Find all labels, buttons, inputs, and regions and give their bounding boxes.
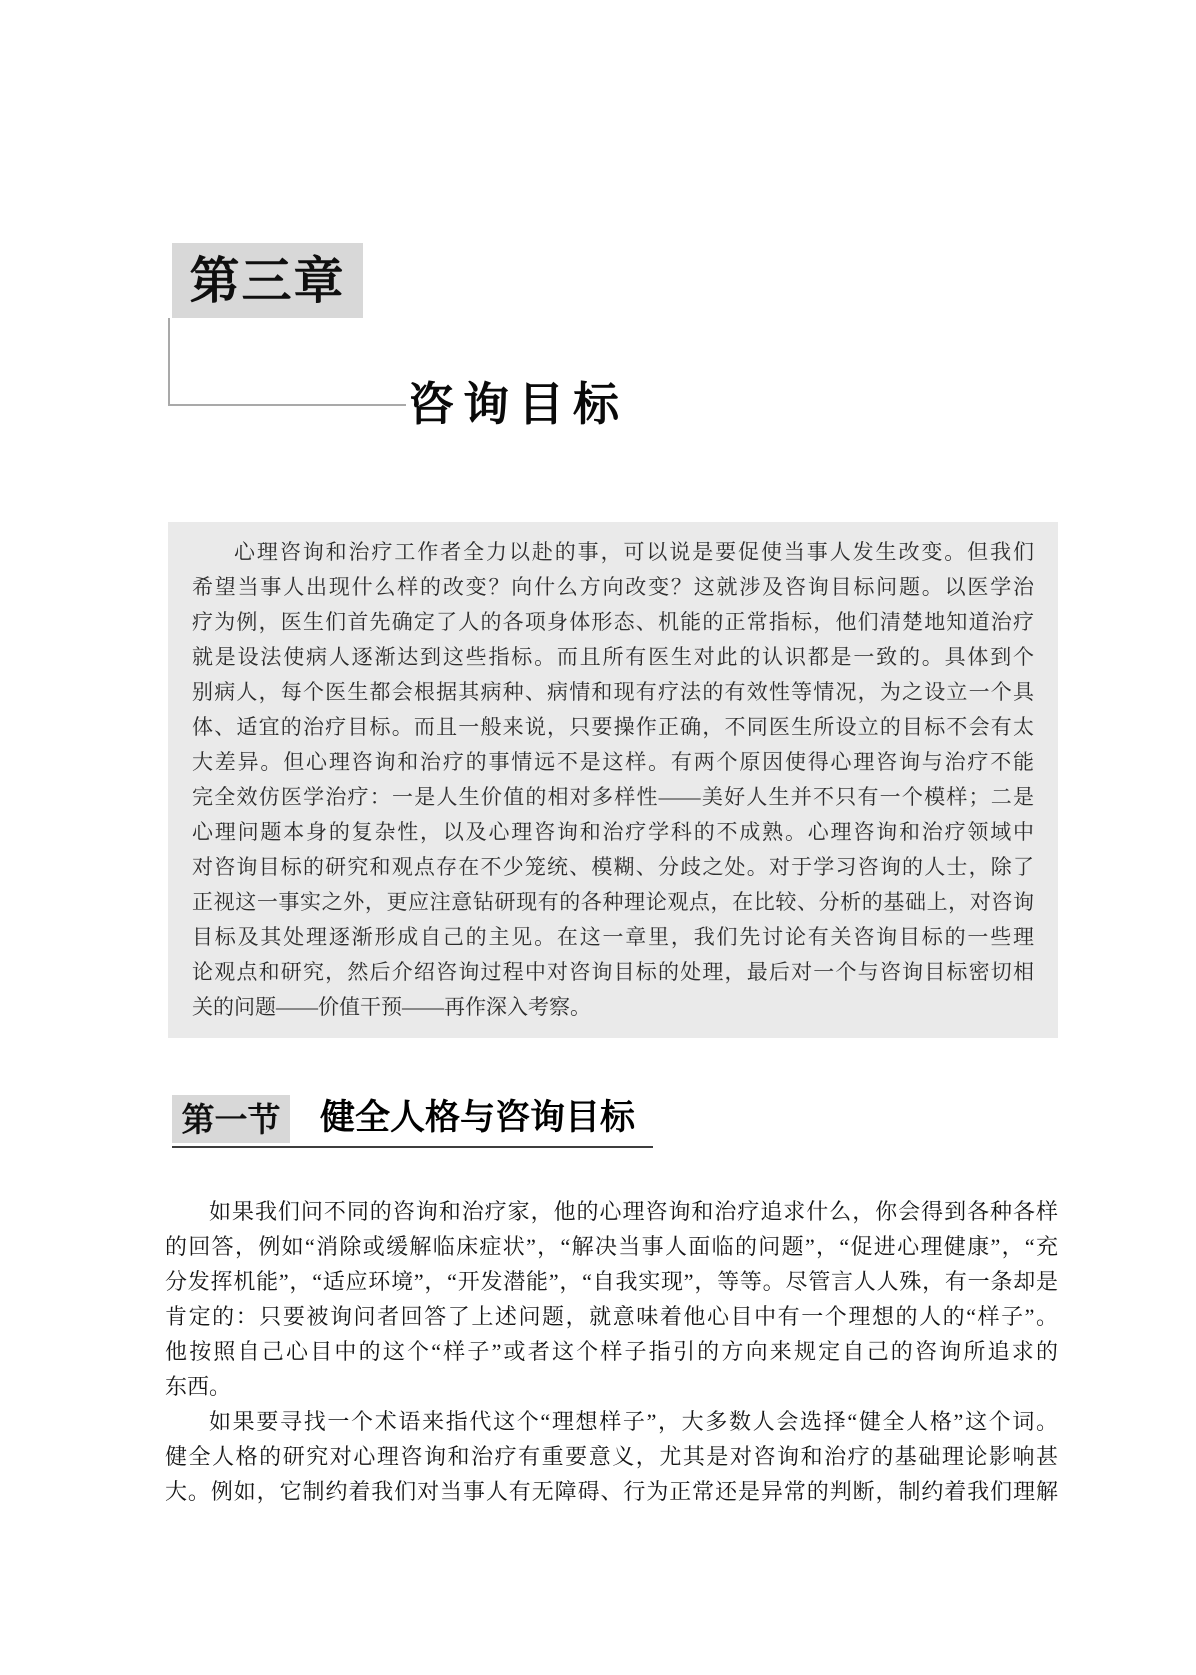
body-line: 肯定的：只要被询问者回答了上述问题，就意味着他心目中有一个理想的人的“样子”。 bbox=[165, 1299, 1058, 1334]
body-line: 如果我们问不同的咨询和治疗家，他的心理咨询和治疗追求什么，你会得到各种各样 bbox=[165, 1194, 1058, 1229]
intro-line: 完全效仿医学治疗：一是人生价值的相对多样性——美好人生并不只有一个模样；二是 bbox=[192, 780, 1034, 815]
body-text-block: 如果我们问不同的咨询和治疗家，他的心理咨询和治疗追求什么，你会得到各种各样 的回… bbox=[165, 1194, 1058, 1509]
section-label: 第一节 bbox=[182, 1103, 281, 1136]
intro-line: 正视这一事实之外，更应注意钻研现有的各种理论观点，在比较、分析的基础上，对咨询 bbox=[192, 885, 1034, 920]
intro-line: 论观点和研究，然后介绍咨询过程中对咨询目标的处理，最后对一个与咨询目标密切相 bbox=[192, 955, 1034, 990]
section-title: 健全人格与咨询目标 bbox=[320, 1099, 635, 1138]
body-line: 东西。 bbox=[165, 1369, 1058, 1404]
intro-line: 目标及其处理逐渐形成自己的主见。在这一章里，我们先讨论有关咨询目标的一些理 bbox=[192, 920, 1034, 955]
intro-line: 大差异。但心理咨询和治疗的事情远不是这样。有两个原因使得心理咨询与治疗不能 bbox=[192, 745, 1034, 780]
intro-line: 希望当事人出现什么样的改变？向什么方向改变？这就涉及咨询目标问题。以医学治 bbox=[192, 570, 1034, 605]
chapter-intro-box: 心理咨询和治疗工作者全力以赴的事，可以说是要促使当事人发生改变。但我们 希望当事… bbox=[168, 522, 1058, 1038]
section-label-box: 第一节 bbox=[172, 1095, 290, 1143]
intro-line: 心理问题本身的复杂性，以及心理咨询和治疗学科的不成熟。心理咨询和治疗领域中 bbox=[192, 815, 1034, 850]
chapter-label: 第三章 bbox=[190, 256, 346, 306]
intro-line: 疗为例，医生们首先确定了人的各项身体形态、机能的正常指标，他们清楚地知道治疗 bbox=[192, 605, 1034, 640]
body-line: 分发挥机能”，“适应环境”，“开发潜能”，“自我实现”，等等。尽管言人人殊，有一… bbox=[165, 1264, 1058, 1299]
body-line: 的回答，例如“消除或缓解临床症状”，“解决当事人面临的问题”，“促进心理健康”，… bbox=[165, 1229, 1058, 1264]
body-line: 他按照自己心目中的这个“样子”或者这个样子指引的方向来规定自己的咨询所追求的 bbox=[165, 1334, 1058, 1369]
book-page: 第三章 咨询目标 心理咨询和治疗工作者全力以赴的事，可以说是要促使当事人发生改变… bbox=[0, 0, 1196, 1675]
body-line: 如果要寻找一个术语来指代这个“理想样子”，大多数人会选择“健全人格”这个词。 bbox=[165, 1404, 1058, 1439]
intro-line: 对咨询目标的研究和观点存在不少笼统、模糊、分歧之处。对于学习咨询的人士，除了 bbox=[192, 850, 1034, 885]
intro-line: 体、适宜的治疗目标。而且一般来说，只要操作正确，不同医生所设立的目标不会有太 bbox=[192, 710, 1034, 745]
intro-line: 别病人，每个医生都会根据其病种、病情和现有疗法的有效性等情况，为之设立一个具 bbox=[192, 675, 1034, 710]
chapter-connector-horizontal-line bbox=[168, 404, 406, 406]
chapter-title: 咨询目标 bbox=[408, 380, 628, 431]
body-line: 大。例如，它制约着我们对当事人有无障碍、行为正常还是异常的判断，制约着我们理解 bbox=[165, 1474, 1058, 1509]
intro-line: 就是设法使病人逐渐达到这些指标。而且所有医生对此的认识都是一致的。具体到个 bbox=[192, 640, 1034, 675]
intro-line: 心理咨询和治疗工作者全力以赴的事，可以说是要促使当事人发生改变。但我们 bbox=[192, 535, 1034, 570]
intro-line: 关的问题——价值干预——再作深入考察。 bbox=[192, 990, 1034, 1025]
chapter-label-box: 第三章 bbox=[172, 243, 363, 318]
chapter-connector-vertical-line bbox=[168, 318, 170, 405]
section-underline bbox=[172, 1146, 653, 1148]
body-line: 健全人格的研究对心理咨询和治疗有重要意义，尤其是对咨询和治疗的基础理论影响甚 bbox=[165, 1439, 1058, 1474]
